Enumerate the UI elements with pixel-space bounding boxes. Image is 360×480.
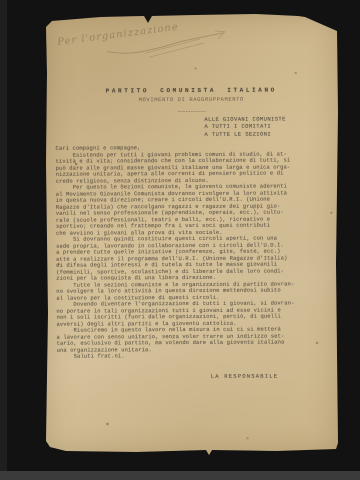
paper-specks xyxy=(45,14,46,15)
recipient-block: ALLE GIOVANI COMUNISTEA TUTTI I COMITATI… xyxy=(204,116,286,139)
pencil-flourish-mark xyxy=(105,27,235,64)
body-line: Saluti frat.ni. xyxy=(57,352,323,360)
letterhead: PARTITO COMUNISTA ITALIANO MOVIMENTO DI … xyxy=(45,86,337,115)
signature: LA RESPONSABILE xyxy=(211,373,279,380)
document-page: Per l'organizzazione PARTITO COMUNISTA I… xyxy=(46,13,338,455)
scanner-edge-left xyxy=(0,0,7,480)
page-content: Per l'organizzazione PARTITO COMUNISTA I… xyxy=(45,12,339,456)
recipient-line: A TUTTE LE SEZIONI xyxy=(204,130,285,138)
letter-body: Cari compagni e compagne, Esistendo per … xyxy=(56,144,323,360)
party-title: PARTITO COMUNISTA ITALIANO xyxy=(45,86,337,95)
scanner-background: Per l'organizzazione PARTITO COMUNISTA I… xyxy=(0,0,360,480)
party-subtitle: MOVIMENTO DI RAGGRUPPAMENTO xyxy=(45,95,337,104)
header-separator: ----------- xyxy=(45,107,337,116)
scanner-edge-bottom xyxy=(0,471,360,480)
